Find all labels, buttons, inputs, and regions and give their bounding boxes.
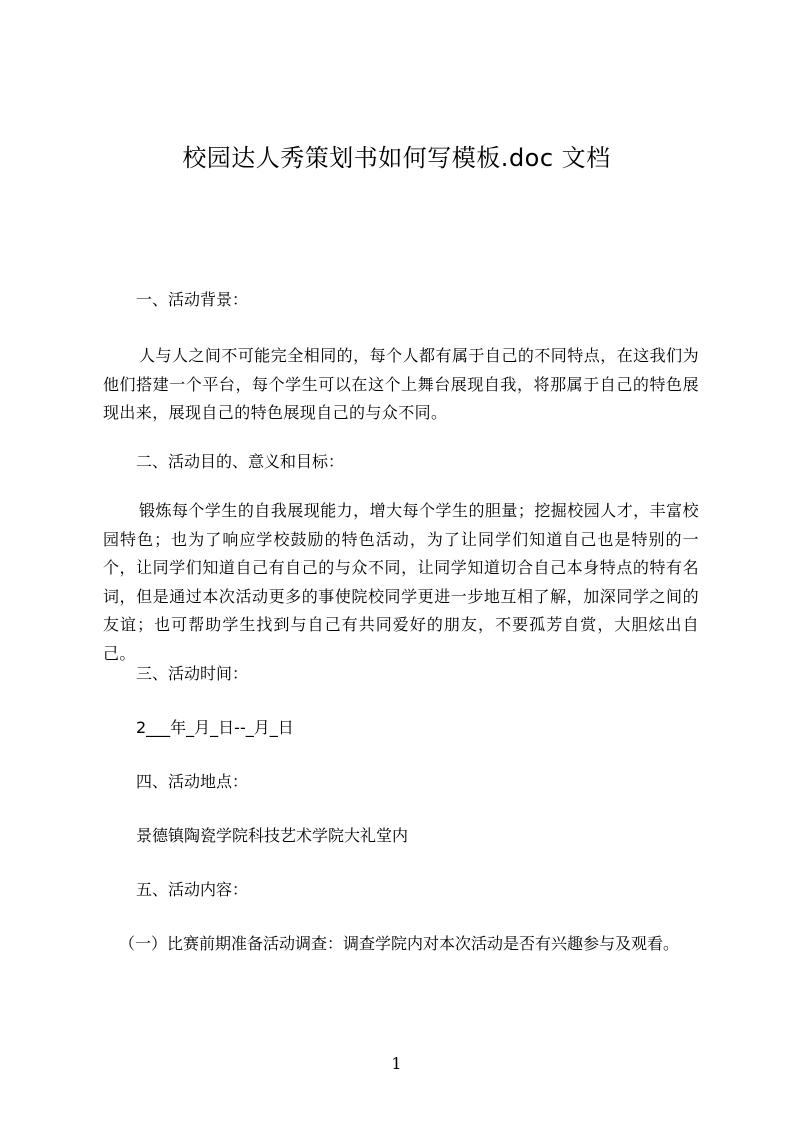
section-heading-background: 一、活动背景： [103,286,732,315]
document-page: 校园达人秀策划书如何写模板.doc 文档 一、活动背景： 人与人之间不可能完全相… [0,0,793,1122]
section-heading-content: 五、活动内容： [103,876,732,905]
section-body-location: 景德镇陶瓷学院科技艺术学院大礼堂内 [103,822,732,851]
document-title: 校园达人秀策划书如何写模板.doc 文档 [0,142,793,174]
section-heading-purpose: 二、活动目的、意义和目标： [103,448,732,477]
section-body-background: 人与人之间不可能完全相同的，每个人都有属于自己的不同特点，在这我们为他们搭建一个… [103,342,699,428]
section-body-time: 2___年_月_日--_月_日 [103,714,732,743]
section-body-purpose: 锻炼每个学生的自我展现能力，增大每个学生的胆量；挖掘校园人才，丰富校园特色；也为… [103,497,699,668]
section-body-content: （一）比赛前期准备活动调查：调查学院内对本次活动是否有兴趣参与及观看。 [103,930,715,959]
section-heading-time: 三、活动时间： [103,660,732,689]
section-heading-location: 四、活动地点： [103,768,732,797]
page-number: 1 [0,1054,793,1073]
